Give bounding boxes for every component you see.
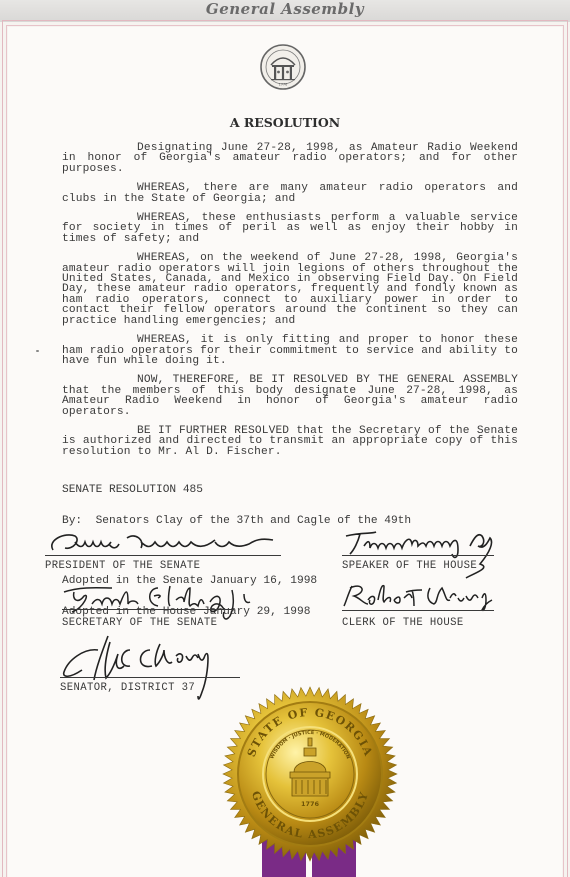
signature-block-secretary: SECRETARY OF THE SENATE — [62, 582, 292, 630]
signature-block-president: PRESIDENT OF THE SENATE — [45, 528, 285, 578]
paragraph-resolved: NOW, THEREFORE, BE IT RESOLVED BY THE GE… — [62, 375, 518, 417]
signature-clerk-icon — [342, 582, 522, 612]
signature-title: SECRETARY OF THE SENATE — [62, 617, 217, 629]
signature-line — [62, 609, 234, 610]
resolution-body: Designating June 27-28, 1998, as Amateur… — [62, 143, 518, 466]
signature-block-speaker: SPEAKER OF THE HOUSE — [342, 528, 522, 583]
resolution-number: SENATE RESOLUTION 485 — [62, 485, 411, 495]
signature-line — [60, 677, 240, 678]
header-title: General Assembly — [0, 0, 570, 18]
signature-title: SENATOR, DISTRICT 37 — [60, 682, 195, 694]
signature-title: SPEAKER OF THE HOUSE — [342, 560, 477, 572]
gold-seal-icon: STATE OF GEORGIA GENERAL ASSEMBLY WISDOM… — [222, 686, 398, 862]
signature-title: PRESIDENT OF THE SENATE — [45, 560, 200, 572]
resolution-heading: A RESOLUTION — [0, 115, 570, 130]
signature-line — [342, 555, 494, 556]
paragraph-whereas-2: WHEREAS, these enthusiasts perform a val… — [62, 213, 518, 244]
svg-text:1776: 1776 — [301, 800, 320, 808]
signature-block-clerk: CLERK OF THE HOUSE — [342, 582, 522, 630]
state-seal-icon: 1776 — [259, 43, 307, 91]
signature-title: CLERK OF THE HOUSE — [342, 617, 464, 629]
signature-line — [45, 555, 281, 556]
sponsors: By: Senators Clay of the 37th and Cagle … — [62, 516, 411, 526]
paragraph-whereas-1: WHEREAS, there are many amateur radio op… — [62, 183, 518, 204]
signature-president-icon — [45, 528, 285, 558]
stray-mark — [36, 350, 39, 352]
paragraph-further-resolved: BE IT FURTHER RESOLVED that the Secretar… — [62, 426, 518, 457]
paragraph-designation: Designating June 27-28, 1998, as Amateur… — [62, 143, 518, 174]
signature-line — [342, 610, 494, 611]
paragraph-whereas-4: WHEREAS, it is only fitting and proper t… — [62, 335, 518, 366]
paragraph-whereas-3: WHEREAS, on the weekend of June 27-28, 1… — [62, 253, 518, 326]
svg-text:1776: 1776 — [279, 83, 288, 87]
signature-secretary-icon — [62, 582, 292, 622]
